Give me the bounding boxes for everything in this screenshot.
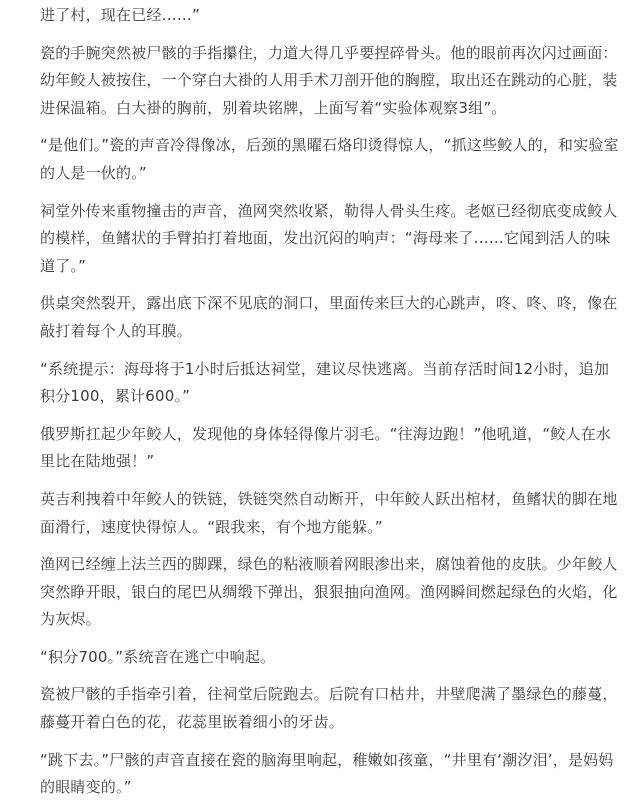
novel-paragraph: “系统提示：海母将于1小时后抵达祠堂，建议尽快逃离。当前存活时间12小时，追加积… bbox=[40, 356, 620, 411]
novel-paragraph: “是他们。”瓷的声音冷得像冰，后颈的黑曜石烙印烫得惊人，“抓这些鲛人的，和实验室… bbox=[40, 132, 620, 187]
novel-paragraph: 英吉利拽着中年鲛人的铁链，铁链突然自动断开，中年鲛人跃出棺材，鱼鳍状的脚在地面滑… bbox=[40, 486, 620, 541]
novel-paragraph: 进了村，现在已经……” bbox=[40, 2, 620, 30]
novel-paragraph: “积分700。”系统音在逃亡中响起。 bbox=[40, 644, 620, 672]
novel-reader-page[interactable]: 进了村，现在已经……” 瓷的手腕突然被尸骸的手指攥住，力道大得几乎要捏碎骨头。他… bbox=[0, 0, 642, 800]
novel-paragraph: 瓷的手腕突然被尸骸的手指攥住，力道大得几乎要捏碎骨头。他的眼前再次闪过画面：幼年… bbox=[40, 40, 620, 123]
novel-paragraph: 俄罗斯扛起少年鲛人，发现他的身体轻得像片羽毛。“往海边跑！”他吼道，“鲛人在水里… bbox=[40, 421, 620, 476]
novel-paragraph: 渔网已经缠上法兰西的脚踝，绿色的粘液顺着网眼渗出来，腐蚀着他的皮肤。少年鲛人突然… bbox=[40, 551, 620, 634]
novel-paragraph: 祠堂外传来重物撞击的声音，渔网突然收紧，勒得人骨头生疼。老妪已经彻底变成鲛人的模… bbox=[40, 198, 620, 281]
novel-paragraph: “跳下去。”尸骸的声音直接在瓷的脑海里响起，稚嫩如孩童，“井里有‘潮汐泪’，是妈… bbox=[40, 747, 620, 800]
novel-paragraph: 瓷被尸骸的手指牵引着，往祠堂后院跑去。后院有口枯井，井壁爬满了墨绿色的藤蔓，藤蔓… bbox=[40, 681, 620, 736]
novel-paragraph: 供桌突然裂开，露出底下深不见底的洞口，里面传来巨大的心跳声，咚、咚、咚，像在敲打… bbox=[40, 290, 620, 345]
